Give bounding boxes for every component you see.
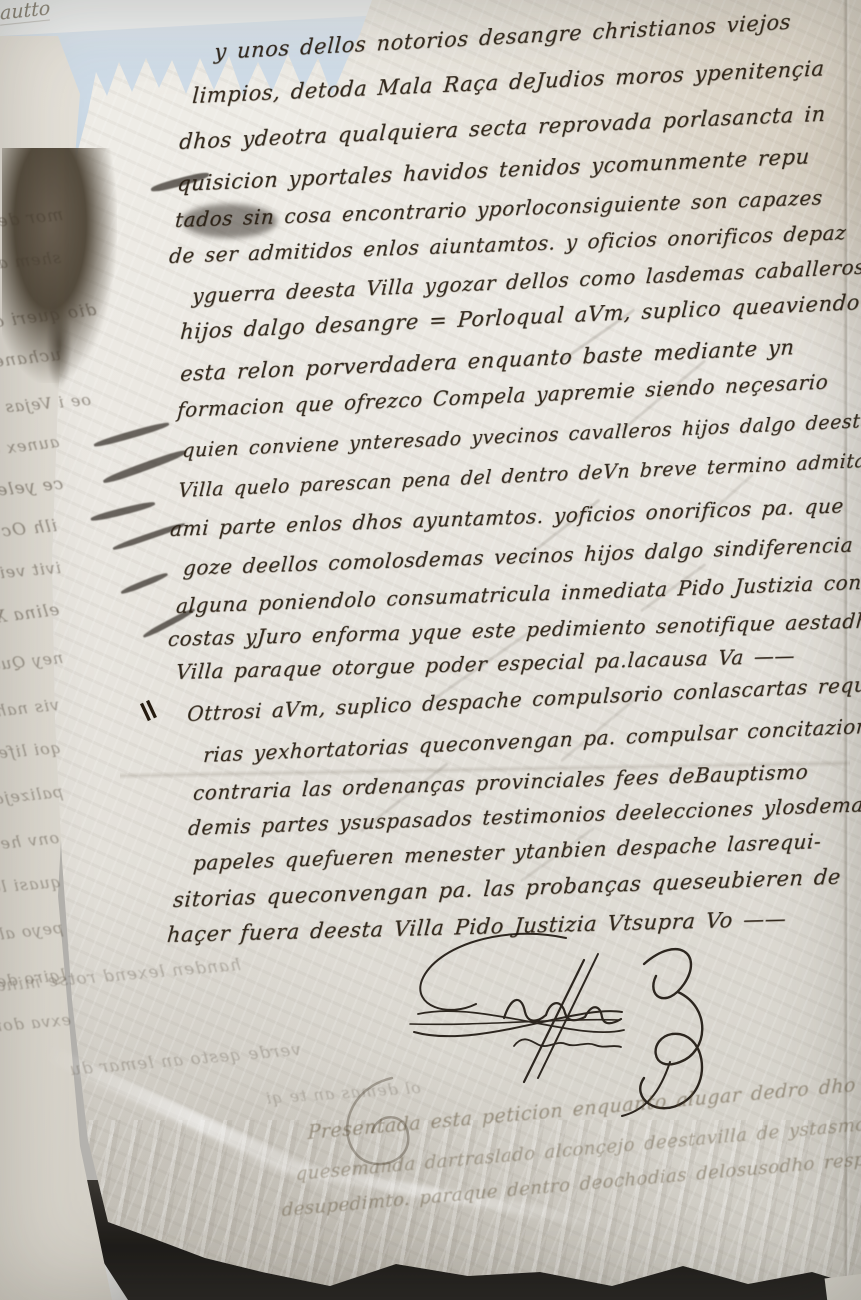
manuscript-scan: mor de y raasicashem an a canodio queri …: [0, 0, 861, 1300]
margin-note-auto: autto: [0, 0, 50, 26]
auto-decree-layer: autto Presentada esta peticion enquanto …: [0, 0, 50, 23]
next-page-sliver: [825, 1274, 861, 1300]
